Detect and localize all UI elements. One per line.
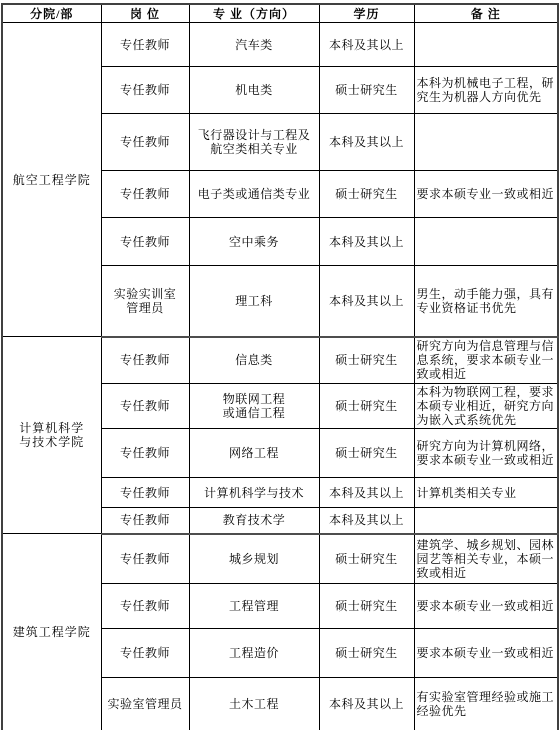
cell-note xyxy=(414,508,558,534)
cell-degree: 硕士研究生 xyxy=(319,171,414,218)
cell-position: 专任教师 xyxy=(101,584,189,629)
table-row: 航空工程学院专任教师汽车类本科及其以上 xyxy=(2,23,558,67)
header-cell-college: 分院/部 xyxy=(2,4,101,23)
cell-degree: 本科及其以上 xyxy=(319,114,414,171)
cell-major: 电子类或通信类专业 xyxy=(189,171,319,218)
cell-degree: 硕士研究生 xyxy=(319,584,414,629)
cell-note: 计算机类相关专业 xyxy=(414,478,558,508)
cell-college: 建筑工程学院 xyxy=(2,534,101,730)
cell-major: 城乡规划 xyxy=(189,534,319,584)
cell-position: 专任教师 xyxy=(101,114,189,171)
cell-note: 本科为物联网工程，要求本硕专业相近，研究方向为嵌入式系统优先 xyxy=(414,384,558,429)
cell-position: 专任教师 xyxy=(101,384,189,429)
cell-note: 男生，动手能力强，具有专业资格证书优先 xyxy=(414,266,558,337)
cell-note: 研究方向为信息管理与信息系统，要求本硕专业一致或相近 xyxy=(414,337,558,384)
cell-position: 专任教师 xyxy=(101,218,189,266)
cell-degree: 硕士研究生 xyxy=(319,67,414,114)
cell-position: 专任教师 xyxy=(101,23,189,67)
header-cell-note: 备 注 xyxy=(414,4,558,23)
cell-degree: 硕士研究生 xyxy=(319,429,414,478)
cell-note: 本科为机械电子工程，研究生为机器人方向优先 xyxy=(414,67,558,114)
cell-position: 专任教师 xyxy=(101,429,189,478)
cell-major: 飞行器设计与工程及 航空类相关专业 xyxy=(189,114,319,171)
cell-college: 计算机科学 与技术学院 xyxy=(2,337,101,534)
cell-major: 信息类 xyxy=(189,337,319,384)
cell-major: 机电类 xyxy=(189,67,319,114)
cell-degree: 本科及其以上 xyxy=(319,478,414,508)
cell-major: 物联网工程 或通信工程 xyxy=(189,384,319,429)
cell-degree: 本科及其以上 xyxy=(319,23,414,67)
header-cell-major: 专 业（方向） xyxy=(189,4,319,23)
cell-note xyxy=(414,114,558,171)
cell-major: 工程管理 xyxy=(189,584,319,629)
cell-note: 要求本硕专业一致或相近 xyxy=(414,584,558,629)
cell-major: 理工科 xyxy=(189,266,319,337)
cell-note: 研究方向为计算机网络，要求本硕专业一致或相近 xyxy=(414,429,558,478)
cell-major: 汽车类 xyxy=(189,23,319,67)
recruitment-table: 分院/部岗 位专 业（方向）学历备 注 航空工程学院专任教师汽车类本科及其以上专… xyxy=(1,3,559,730)
header-row: 分院/部岗 位专 业（方向）学历备 注 xyxy=(2,4,558,23)
cell-major: 工程造价 xyxy=(189,629,319,678)
cell-note: 要求本硕专业一致或相近 xyxy=(414,629,558,678)
cell-position: 实验室管理员 xyxy=(101,678,189,730)
cell-college: 航空工程学院 xyxy=(2,23,101,337)
cell-position: 专任教师 xyxy=(101,534,189,584)
cell-note: 有实验室管理经验或施工经验优先 xyxy=(414,678,558,730)
cell-major: 教育技术学 xyxy=(189,508,319,534)
cell-position: 专任教师 xyxy=(101,337,189,384)
cell-note xyxy=(414,23,558,67)
cell-degree: 硕士研究生 xyxy=(319,534,414,584)
cell-position: 专任教师 xyxy=(101,478,189,508)
cell-note: 要求本硕专业一致或相近 xyxy=(414,171,558,218)
table-row: 计算机科学 与技术学院专任教师信息类硕士研究生研究方向为信息管理与信息系统，要求… xyxy=(2,337,558,384)
cell-position: 专任教师 xyxy=(101,508,189,534)
cell-degree: 本科及其以上 xyxy=(319,266,414,337)
cell-degree: 本科及其以上 xyxy=(319,508,414,534)
cell-degree: 本科及其以上 xyxy=(319,678,414,730)
header-cell-position: 岗 位 xyxy=(101,4,189,23)
cell-note: 建筑学、城乡规划、园林园艺等相关专业，本硕一致或相近 xyxy=(414,534,558,584)
cell-position: 专任教师 xyxy=(101,171,189,218)
cell-major: 计算机科学与技术 xyxy=(189,478,319,508)
cell-degree: 本科及其以上 xyxy=(319,218,414,266)
recruitment-table-wrap: 分院/部岗 位专 业（方向）学历备 注 航空工程学院专任教师汽车类本科及其以上专… xyxy=(0,0,560,730)
header-cell-degree: 学历 xyxy=(319,4,414,23)
cell-degree: 硕士研究生 xyxy=(319,337,414,384)
cell-major: 网络工程 xyxy=(189,429,319,478)
cell-position: 专任教师 xyxy=(101,67,189,114)
cell-note xyxy=(414,218,558,266)
table-body: 航空工程学院专任教师汽车类本科及其以上专任教师机电类硕士研究生本科为机械电子工程… xyxy=(2,23,558,730)
cell-major: 空中乘务 xyxy=(189,218,319,266)
cell-degree: 硕士研究生 xyxy=(319,629,414,678)
cell-degree: 硕士研究生 xyxy=(319,384,414,429)
table-row: 建筑工程学院专任教师城乡规划硕士研究生建筑学、城乡规划、园林园艺等相关专业，本硕… xyxy=(2,534,558,584)
cell-major: 土木工程 xyxy=(189,678,319,730)
cell-position: 专任教师 xyxy=(101,629,189,678)
cell-position: 实验实训室 管理员 xyxy=(101,266,189,337)
